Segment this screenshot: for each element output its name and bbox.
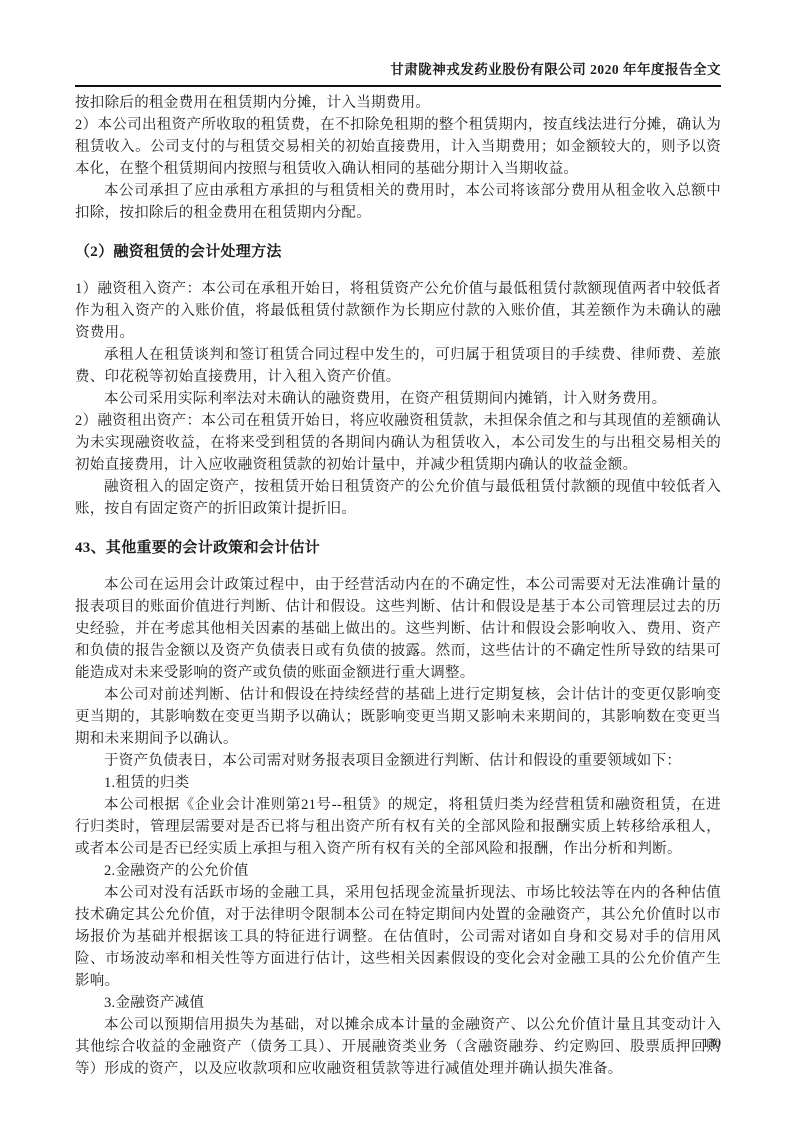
- paragraph: 于资产负债表日，本公司需对财务报表项目金额进行判断、估计和假设的重要领域如下：: [75, 750, 721, 772]
- paragraph: 本公司对没有活跃市场的金融工具，采用包括现金流量折现法、市场比较法等在内的各种估…: [75, 882, 721, 992]
- document-body: 按扣除后的租金费用在租赁期内分摊，计入当期费用。 2）本公司出租资产所收取的租赁…: [75, 92, 721, 1080]
- paragraph: 按扣除后的租金费用在租赁期内分摊，计入当期费用。: [75, 92, 721, 114]
- paragraph: 本公司承担了应由承租方承担的与租赁相关的费用时，本公司将该部分费用从租金收入总额…: [75, 180, 721, 224]
- paragraph: 融资租入的固定资产，按租赁开始日租赁资产的公允价值与最低租赁付款额的现值中较低者…: [75, 476, 721, 520]
- page-number: 130: [702, 1036, 721, 1051]
- paragraph: 承租人在租赁谈判和签订租赁合同过程中发生的，可归属于租赁项目的手续费、律师费、差…: [75, 344, 721, 388]
- paragraph: 本公司在运用会计政策过程中，由于经营活动内在的不确定性，本公司需要对无法准确计量…: [75, 574, 721, 684]
- paragraph: 2）本公司出租资产所收取的租赁费，在不扣除免租期的整个租赁期内，按直线法进行分摊…: [75, 114, 721, 180]
- paragraph: 本公司以预期信用损失为基础，对以摊余成本计量的金融资产、以公允价值计量且其变动计…: [75, 1014, 721, 1080]
- page-header: 甘肃陇神戎发药业股份有限公司 2020 年年度报告全文: [75, 58, 721, 87]
- paragraph: 本公司根据《企业会计准则第21号--租赁》的规定，将租赁归类为经营租赁和融资租赁…: [75, 794, 721, 860]
- list-item-title: 3.金融资产减值: [75, 992, 721, 1014]
- list-item-title: 1.租赁的归类: [75, 772, 721, 794]
- document-page: 甘肃陇神戎发药业股份有限公司 2020 年年度报告全文 按扣除后的租金费用在租赁…: [0, 0, 793, 1122]
- section-heading: 43、其他重要的会计政策和会计估计: [75, 537, 721, 559]
- paragraph: 2）融资租出资产：本公司在租赁开始日，将应收融资租赁款，未担保余值之和与其现值的…: [75, 410, 721, 476]
- paragraph: 本公司采用实际利率法对未确认的融资费用，在资产租赁期间内摊销，计入财务费用。: [75, 388, 721, 410]
- paragraph: 本公司对前述判断、估计和假设在持续经营的基础上进行定期复核，会计估计的变更仅影响…: [75, 684, 721, 750]
- header-title: 甘肃陇神戎发药业股份有限公司 2020 年年度报告全文: [390, 62, 721, 77]
- list-item-title: 2.金融资产的公允价值: [75, 860, 721, 882]
- section-heading: （2）融资租赁的会计处理方法: [75, 241, 721, 263]
- paragraph: 1）融资租入资产：本公司在承租开始日，将租赁资产公允价值与最低租赁付款额现值两者…: [75, 278, 721, 344]
